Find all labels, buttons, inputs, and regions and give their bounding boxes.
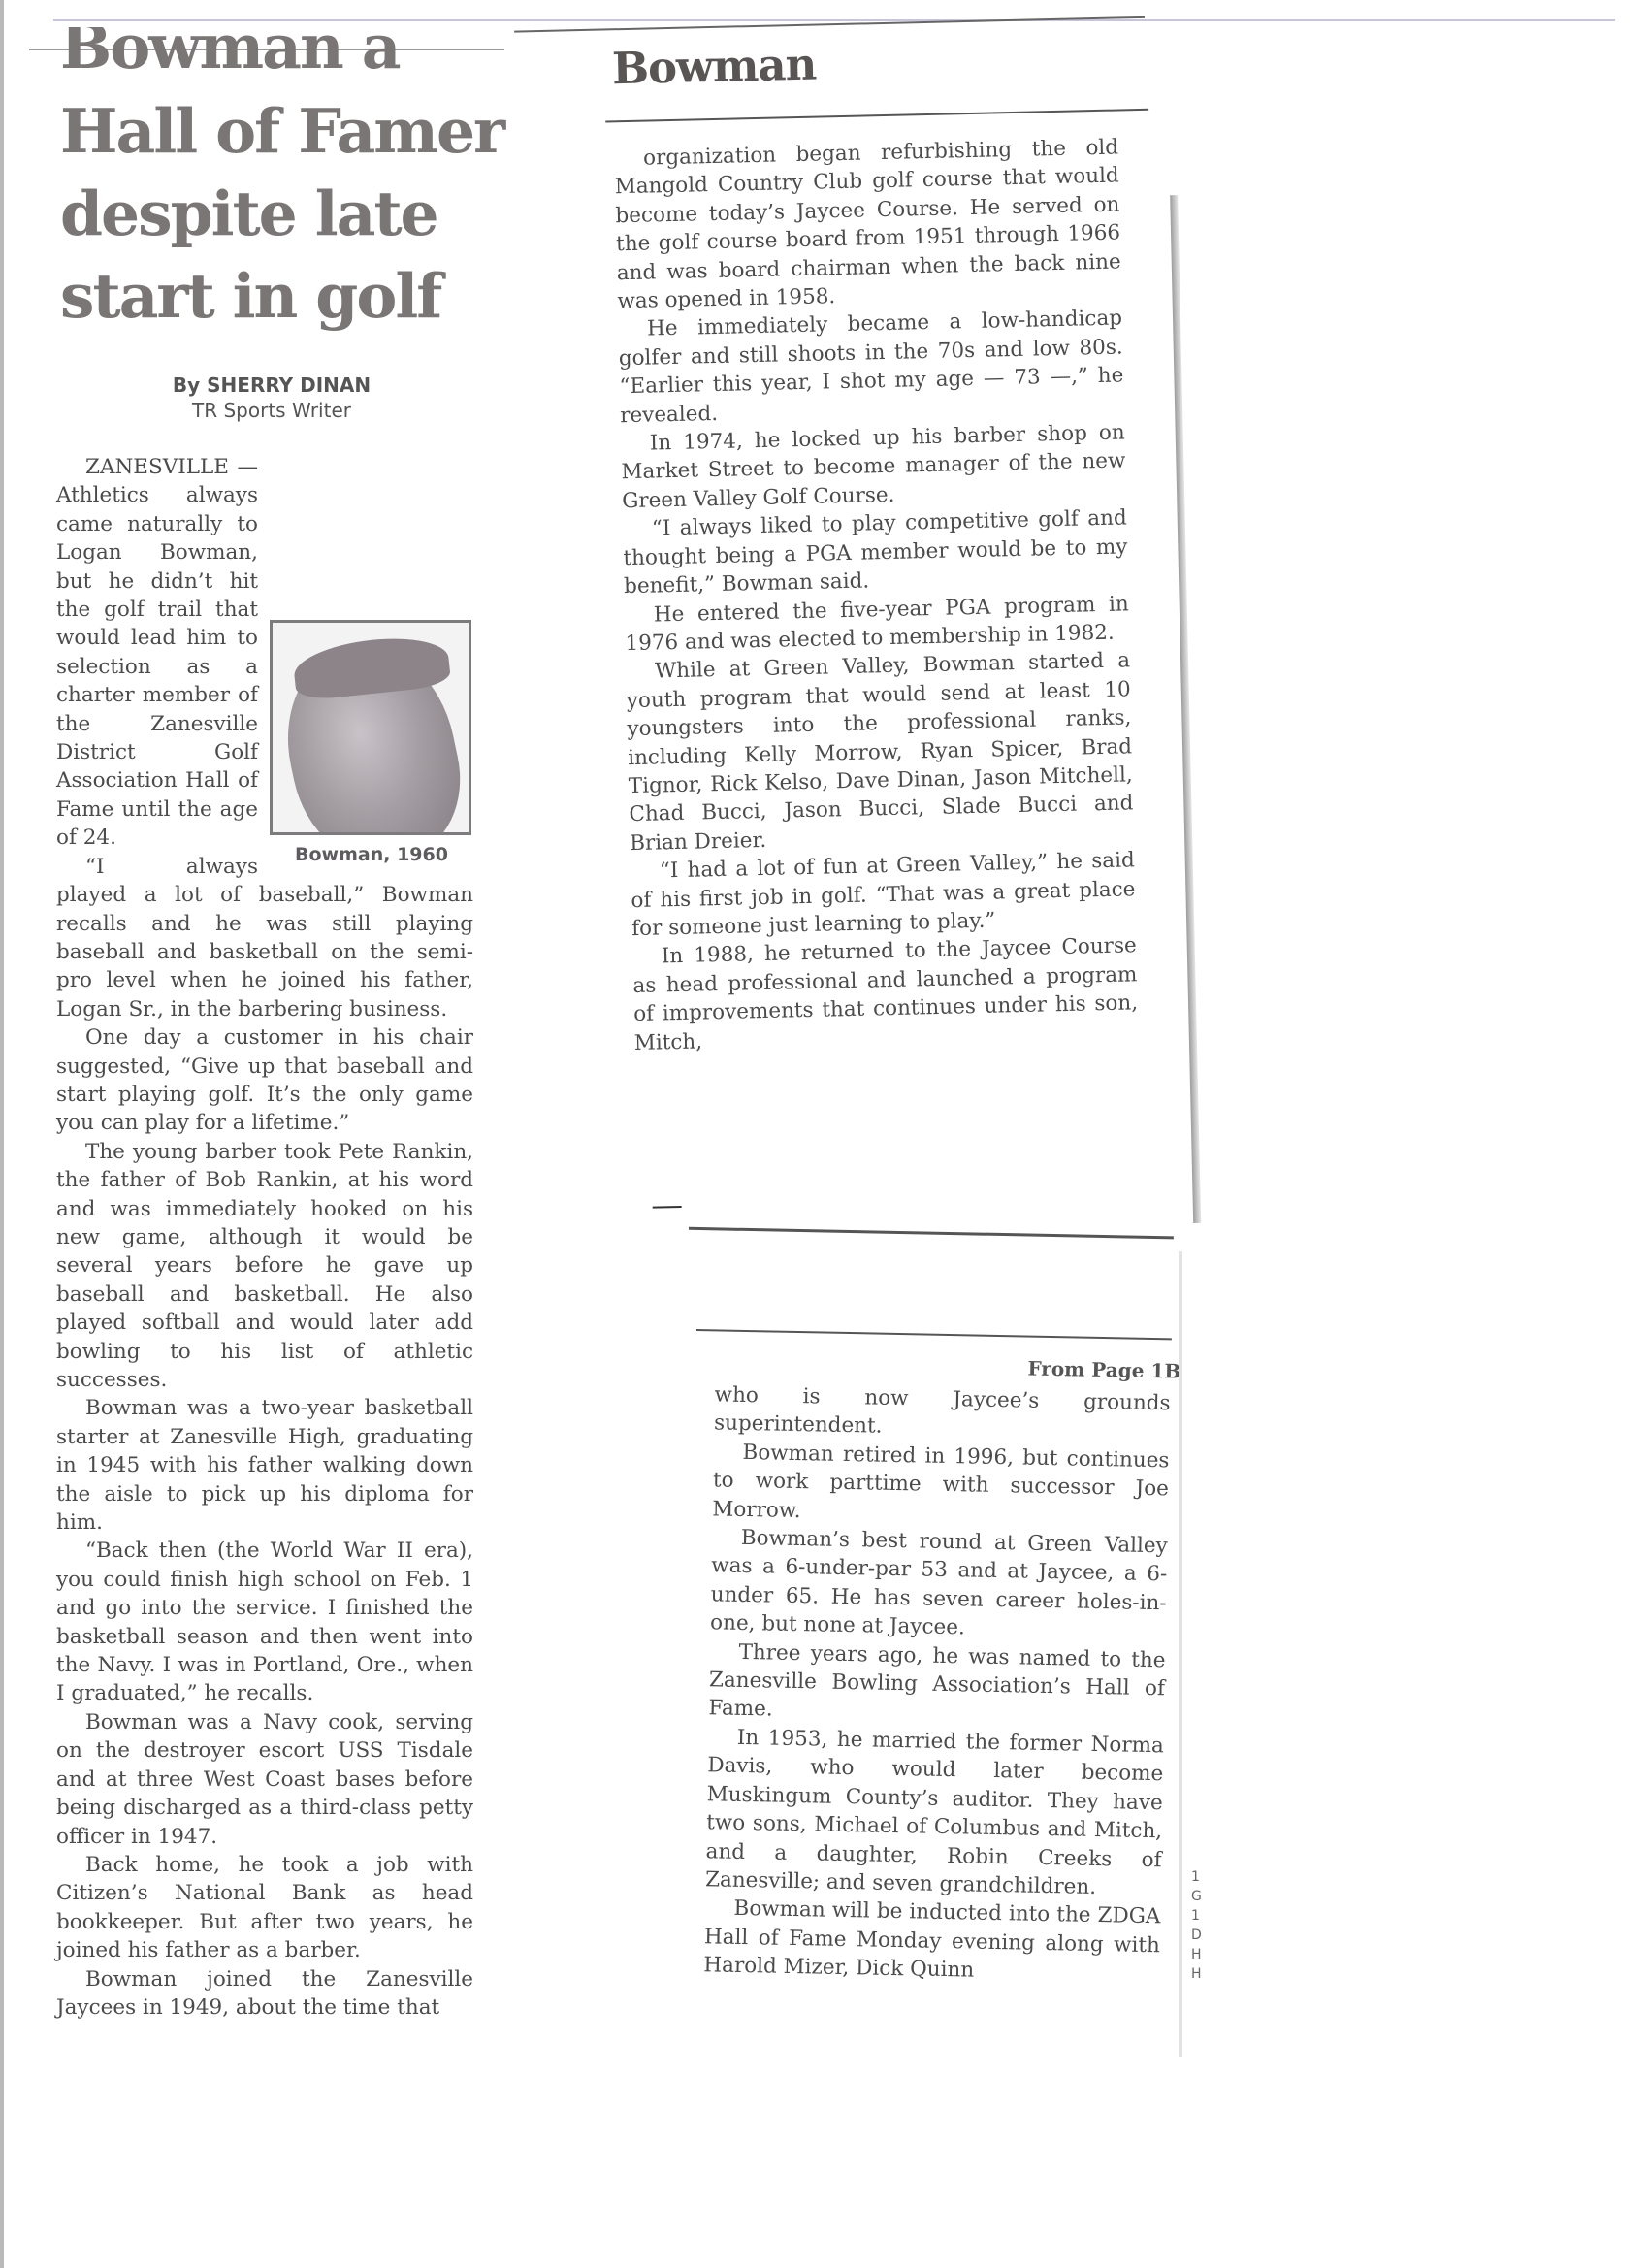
paragraph: He immediately became a low-handicap gol… bbox=[618, 305, 1125, 430]
paragraph: “I always liked to play competitive golf… bbox=[623, 504, 1129, 601]
margin-char: D bbox=[1191, 1926, 1201, 1945]
paragraph: In 1953, he married the former Norma Dav… bbox=[705, 1723, 1164, 1902]
article-column-left: Bowman, 1960 ZANESVILLE — Athletics alwa… bbox=[56, 453, 473, 2022]
paragraph: Bowman’s best round at Green Valley was … bbox=[710, 1523, 1168, 1646]
paragraph: The young barber took Pete Rankin, the f… bbox=[56, 1138, 473, 1395]
clipping-shadow bbox=[1170, 195, 1201, 1223]
byline: By SHERRY DINAN TR Sports Writer bbox=[145, 373, 398, 422]
margin-char: H bbox=[1191, 1964, 1201, 1984]
paragraph: Bowman retired in 1996, but continues to… bbox=[712, 1438, 1170, 1532]
margin-char: H bbox=[1191, 1945, 1201, 1964]
paragraph: In 1974, he locked up his barber shop on… bbox=[620, 418, 1126, 515]
headline-line: despite late bbox=[60, 173, 516, 255]
jump-headline: Bowman bbox=[611, 39, 816, 95]
byline-author: By SHERRY DINAN bbox=[145, 373, 398, 397]
continuation-clipping-2: From Page 1B who is now Jaycee’s grounds… bbox=[682, 1227, 1182, 2070]
margin-fragment: 1 G 1 D H H bbox=[1191, 1867, 1201, 1984]
paragraph: organization began refurbishing the old … bbox=[614, 133, 1122, 315]
portrait-photo bbox=[270, 620, 471, 835]
headline-line: Hall of Famer bbox=[60, 90, 516, 173]
article-column-right-bottom: who is now Jaycee’s grounds superintende… bbox=[703, 1380, 1171, 1988]
paragraph: While at Green Valley, Bowman started a … bbox=[626, 647, 1135, 859]
paragraph: Bowman will be inducted into the ZDGA Ha… bbox=[703, 1895, 1161, 1989]
headline-line: start in golf bbox=[60, 255, 516, 338]
scan-edge bbox=[0, 0, 4, 2268]
photo-caption: Bowman, 1960 bbox=[270, 841, 473, 869]
continuation-clipping: Bowman organization began refurbishing t… bbox=[582, 12, 1172, 1242]
clipping-shadow bbox=[1179, 1251, 1182, 2057]
end-tick bbox=[653, 1206, 682, 1209]
article-column-right: organization began refurbishing the old … bbox=[614, 133, 1139, 1057]
jump-label: From Page 1B bbox=[1027, 1357, 1180, 1383]
paragraph: One day a customer in his chair suggeste… bbox=[56, 1023, 473, 1138]
paragraph: who is now Jaycee’s grounds superintende… bbox=[714, 1380, 1171, 1446]
paragraph: Bowman was a Navy cook, serving on the d… bbox=[56, 1708, 473, 1851]
jump-headline-rule bbox=[605, 109, 1148, 123]
paragraph: Back home, he took a job with Citizen’s … bbox=[56, 1851, 473, 1965]
paragraph: Three years ago, he was named to the Zan… bbox=[708, 1637, 1166, 1732]
photo-figure: Bowman, 1960 bbox=[270, 620, 473, 869]
paragraph: Bowman joined the Zanesville Jaycees in … bbox=[56, 1965, 473, 2023]
paragraph: “Back then (the World War II era), you c… bbox=[56, 1537, 473, 1707]
headline-line: Bowman a bbox=[60, 27, 516, 90]
margin-char: 1 bbox=[1191, 1906, 1201, 1926]
paragraph: “I had a lot of fun at Green Valley,” he… bbox=[630, 846, 1137, 943]
clipping-top-rule bbox=[696, 1329, 1172, 1340]
margin-char: 1 bbox=[1191, 1867, 1201, 1887]
margin-char: G bbox=[1191, 1887, 1201, 1906]
byline-role: TR Sports Writer bbox=[145, 399, 398, 422]
paragraph: “I always played a lot of baseball,” Bow… bbox=[56, 853, 473, 1023]
paragraph: Bowman was a two-year basketball starter… bbox=[56, 1394, 473, 1537]
paragraph: In 1988, he returned to the Jaycee Cours… bbox=[632, 932, 1140, 1057]
headline: Bowman a Hall of Famer despite late star… bbox=[60, 27, 516, 338]
